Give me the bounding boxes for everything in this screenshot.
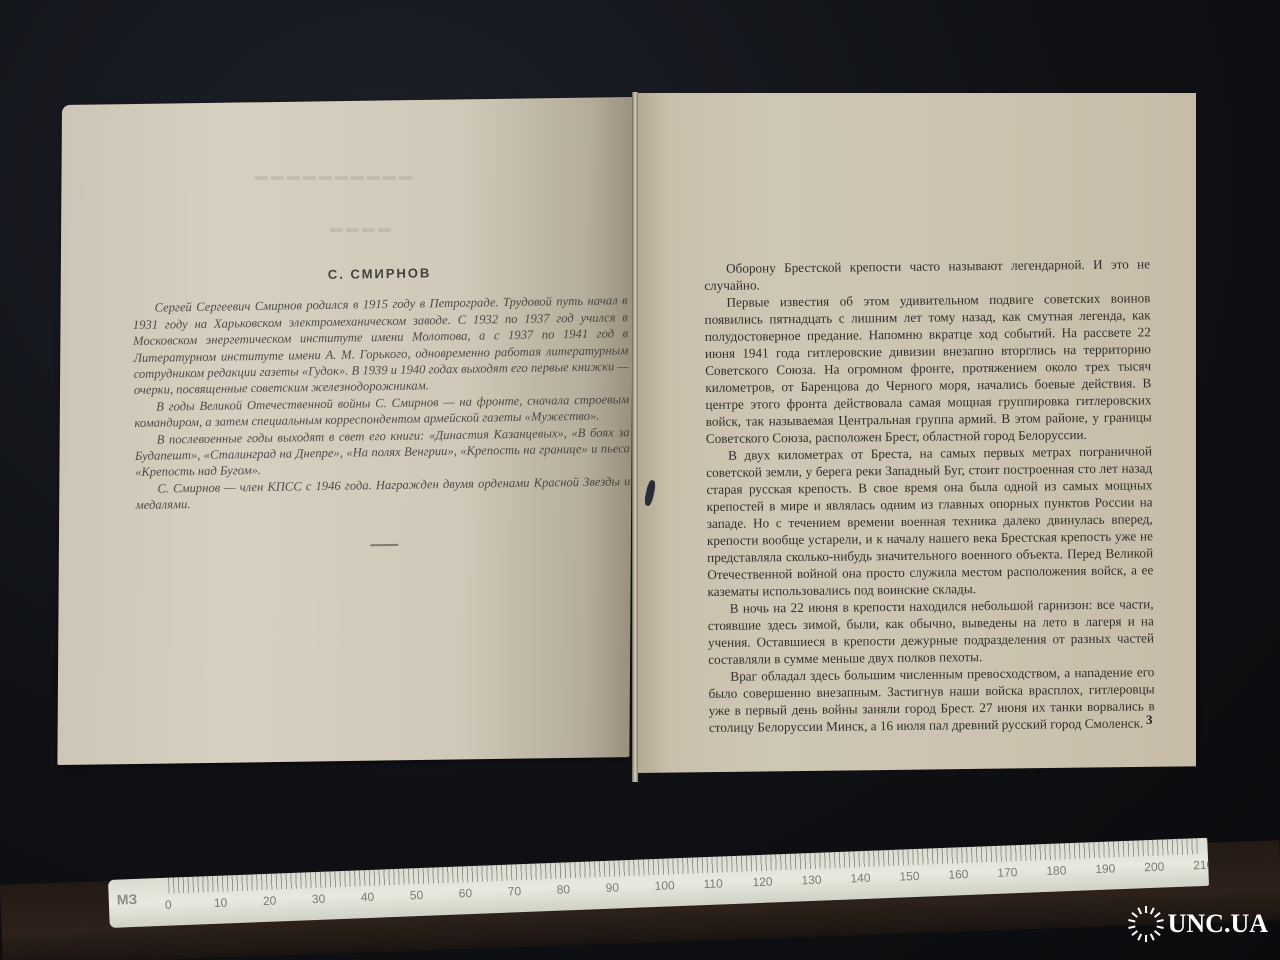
author-bio: С. СМИРНОВ Сергей Сергеевич Смирнов роди… — [132, 262, 631, 549]
ruler-label: 120 — [752, 874, 773, 889]
ruler-label: 50 — [410, 888, 424, 903]
show-through-text: ▬▬▬▬ — [330, 220, 394, 235]
main-text: Оборону Брестской крепости часто называю… — [704, 255, 1155, 736]
ruler-label: 150 — [899, 869, 920, 884]
page-number: 3 — [1146, 712, 1153, 728]
ruler-label: 20 — [263, 894, 277, 909]
sun-burst-icon — [1128, 906, 1164, 942]
ruler-ticks — [168, 838, 1198, 894]
ruler-brand: МЗ — [116, 891, 137, 908]
show-through-text: ▬▬▬▬▬▬▬▬▬▬ — [255, 168, 415, 183]
ruler-label: 180 — [1046, 863, 1067, 878]
ruler-label: 160 — [948, 867, 969, 882]
ruler-label: 170 — [997, 865, 1018, 880]
bio-paragraph: Сергей Сергеевич Смирнов родился в 1915 … — [132, 293, 628, 399]
body-paragraph: В двух километрах от Бреста, на самых пе… — [706, 442, 1154, 600]
ruler-label: 200 — [1144, 859, 1165, 874]
body-paragraph: В ночь на 22 июня в крепости находился н… — [708, 595, 1155, 668]
body-paragraph: Оборону Брестской крепости часто называю… — [704, 255, 1150, 294]
body-paragraph: Первые известия об этом удивительном под… — [704, 289, 1152, 447]
bio-paragraph: С. Смирнов — член КПСС с 1946 года. Нагр… — [135, 473, 630, 514]
ruler-label: 100 — [654, 878, 675, 893]
ruler-label: 30 — [312, 892, 326, 907]
watermark-text: UNC.UA — [1168, 909, 1268, 939]
ruler-label: 140 — [850, 871, 871, 886]
ruler-label: 0 — [165, 898, 172, 912]
body-paragraph: Враг обладал здесь большим численным пре… — [708, 663, 1155, 736]
section-divider — [370, 544, 398, 546]
ruler-label: 190 — [1095, 861, 1116, 876]
ruler-label: 210 — [1193, 858, 1209, 873]
bio-paragraph: В послевоенные годы выходят в свет его к… — [135, 424, 631, 481]
watermark: UNC.UA — [1128, 906, 1268, 942]
book-spine — [632, 92, 638, 782]
photo-scene: ▬▬▬▬▬▬▬▬▬▬ ▬▬▬▬ С. СМИРНОВ Сергей Сергее… — [0, 0, 1280, 960]
ruler-label: 40 — [361, 890, 375, 905]
ruler-label: 70 — [507, 884, 521, 899]
ruler-label: 110 — [703, 876, 723, 891]
ruler-label: 60 — [459, 886, 473, 901]
ruler-label: 80 — [556, 882, 570, 897]
ruler-label: 130 — [801, 873, 822, 888]
ruler-label: 90 — [605, 880, 619, 895]
ruler-label: 10 — [214, 895, 228, 910]
